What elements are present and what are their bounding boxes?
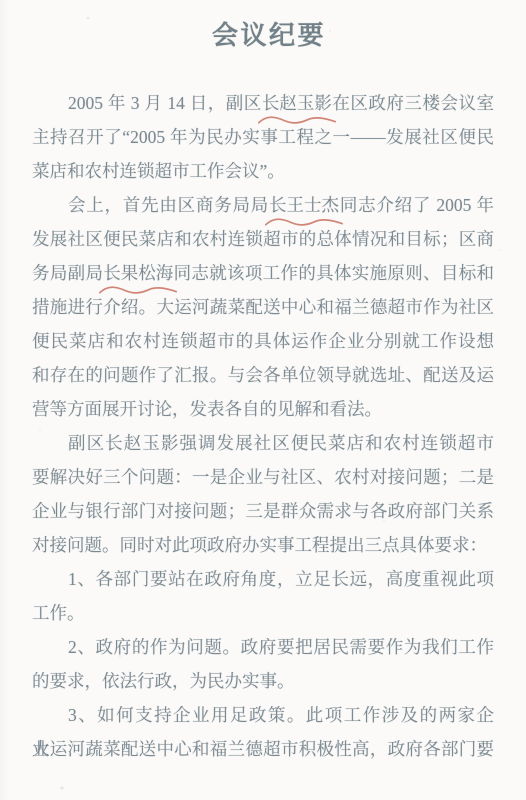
- text-line: 1、各部门要站在政府角度，立足长远，高度重视此项: [32, 562, 494, 596]
- document-body: 2005 年 3 月 14 日，副区长赵玉影在区政府三楼会议室主持召开了“200…: [32, 86, 494, 766]
- text-line: 发展社区便民菜店和农村连锁超市的总体情况和目标；区商: [32, 222, 494, 256]
- wavy-line-icon: [264, 215, 344, 228]
- paragraph: 2、政府的作为问题。政府要把居民需要作为我们工作的要求，依法行政，为民办实事。: [32, 630, 494, 698]
- paragraph: 1、各部门要站在政府角度，立足长远，高度重视此项工作。: [32, 562, 494, 630]
- text-line: 2、政府的作为问题。政府要把居民需要作为我们工作: [32, 630, 494, 664]
- text-line: 会上，首先由区商务局局长王士杰同志介绍了 2005 年: [32, 188, 494, 222]
- paragraph: 副区长赵玉影强调发展社区便民菜店和农村连锁超市要解决好三个问题：一是企业与社区、…: [32, 426, 494, 562]
- wavy-line-icon: [98, 283, 178, 296]
- red-wavy-underline: 长赵玉影: [262, 86, 332, 120]
- paragraph: 3、如何支持企业用足政策。此项工作涉及的两家企业：大运河蔬菜配送中心和福兰德超市…: [32, 698, 494, 766]
- paragraph: 会上，首先由区商务局局长王士杰同志介绍了 2005 年发展社区便民菜店和农村连锁…: [32, 188, 494, 426]
- text-line: 的要求，依法行政，为民办实事。: [32, 664, 494, 698]
- red-wavy-underline: 长王士杰: [269, 188, 339, 222]
- text-line: 要解决好三个问题：一是企业与社区、农村对接问题；二是: [32, 460, 494, 494]
- text-line: 营等方面展开讨论，发表各自的见解和看法。: [32, 392, 494, 426]
- text-line: 菜店和农村连锁超市工作会议”。: [32, 154, 494, 188]
- text-line: 副区长赵玉影强调发展社区便民菜店和农村连锁超市: [32, 426, 494, 460]
- red-wavy-underline: 长果松海: [103, 256, 173, 290]
- document-title: 会议纪要: [0, 21, 526, 51]
- text-line: 大运河蔬菜配送中心和福兰德超市积极性高，政府各部门要: [32, 732, 494, 766]
- text-line: 企业与银行部门对接问题；三是群众需求与各政府部门关系: [32, 494, 494, 528]
- text-line: 工作。: [32, 596, 494, 630]
- scanned-document-page: 会议纪要 2005 年 3 月 14 日，副区长赵玉影在区政府三楼会议室主持召开…: [0, 0, 526, 800]
- text-line: 3、如何支持企业用足政策。此项工作涉及的两家企业：: [32, 698, 494, 732]
- text-line: 务局副局长果松海同志就该项工作的具体实施原则、目标和: [32, 256, 494, 290]
- text-line: 对接问题。同时对此项政府办实事工程提出三点具体要求：: [32, 528, 494, 562]
- text-line: 和存在的问题作了汇报。与会各单位领导就选址、配送及运: [32, 358, 494, 392]
- text-line: 2005 年 3 月 14 日，副区长赵玉影在区政府三楼会议室: [32, 86, 494, 120]
- wavy-line-icon: [257, 113, 337, 126]
- paragraph: 2005 年 3 月 14 日，副区长赵玉影在区政府三楼会议室主持召开了“200…: [32, 86, 494, 188]
- text-line: 便民菜店和农村连锁超市的具体运作企业分别就工作设想: [32, 324, 494, 358]
